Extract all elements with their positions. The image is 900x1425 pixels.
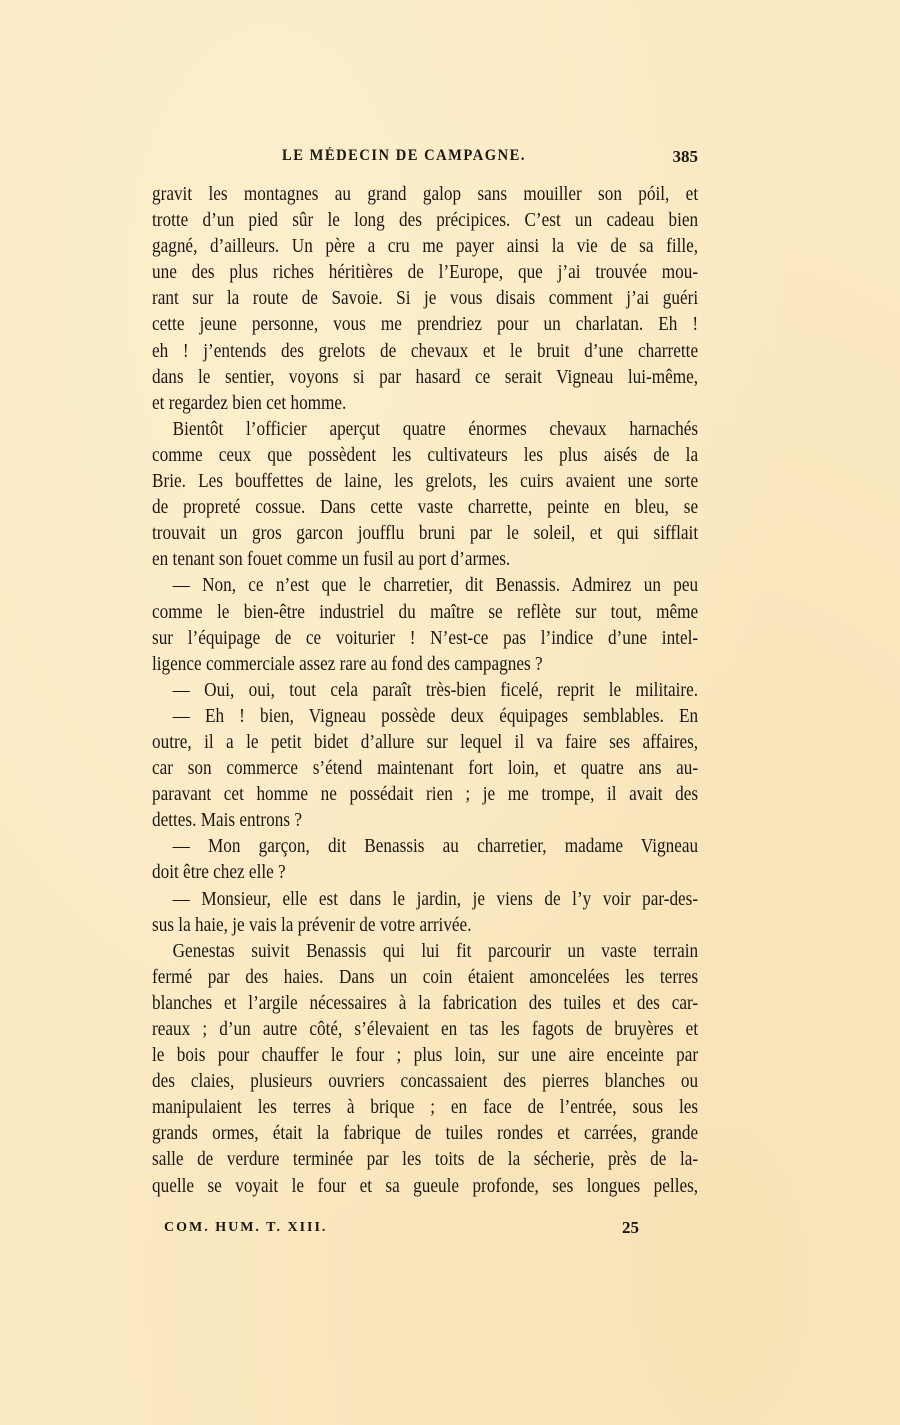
text-line: — Oui, oui, tout cela paraît très-bien f… bbox=[152, 677, 698, 703]
text-line: gagné, d’ailleurs. Un père a cru me paye… bbox=[152, 233, 698, 259]
text-line: — Non, ce n’est que le charretier, dit B… bbox=[152, 572, 698, 598]
text-line: et regardez bien cet homme. bbox=[152, 390, 698, 416]
text-line: eh ! j’entends des grelots de chevaux et… bbox=[152, 338, 698, 364]
page-number: 385 bbox=[673, 147, 699, 167]
text-line: trotte d’un pied sûr le long des précipi… bbox=[152, 207, 698, 233]
text-line: sus la haie, je vais la prévenir de votr… bbox=[152, 912, 698, 938]
text-line: paravant cet homme ne possédait rien ; j… bbox=[152, 781, 698, 807]
text-line: outre, il a le petit bidet d’allure sur … bbox=[152, 729, 698, 755]
text-line: Genestas suivit Benassis qui lui fit par… bbox=[152, 938, 698, 964]
sheet-number: 25 bbox=[622, 1218, 639, 1238]
text-line: en tenant son fouet comme un fusil au po… bbox=[152, 546, 698, 572]
text-line: — Monsieur, elle est dans le jardin, je … bbox=[152, 886, 698, 912]
text-line: gravit les montagnes au grand galop sans… bbox=[152, 181, 698, 207]
text-line: trouvait un gros garcon joufflu bruni pa… bbox=[152, 520, 698, 546]
text-line: cette jeune personne, vous me prendriez … bbox=[152, 311, 698, 337]
text-line: le bois pour chauffer le four ; plus loi… bbox=[152, 1042, 698, 1068]
text-line: doit être chez elle ? bbox=[152, 859, 698, 885]
running-head: Le Médecin de campagne. 385 bbox=[152, 147, 698, 171]
running-title: Le Médecin de campagne. bbox=[282, 147, 526, 165]
text-line: comme ceux que possèdent les cultivateur… bbox=[152, 442, 698, 468]
text-line: — Mon garçon, dit Benassis au charretier… bbox=[152, 833, 698, 859]
printer-signature: COM. HUM. T. XIII. bbox=[164, 1220, 327, 1236]
text-line: rant sur la route de Savoie. Si je vous … bbox=[152, 285, 698, 311]
page-footer: COM. HUM. T. XIII. 25 bbox=[152, 1220, 698, 1244]
text-line: ligence commerciale assez rare au fond d… bbox=[152, 651, 698, 677]
text-line: sur l’équipage de ce voiturier ! N’est-c… bbox=[152, 625, 698, 651]
text-line: grands ormes, était la fabrique de tuile… bbox=[152, 1120, 698, 1146]
text-line: salle de verdure terminée par les toits … bbox=[152, 1146, 698, 1172]
text-line: fermé par des haies. Dans un coin étaien… bbox=[152, 964, 698, 990]
text-line: comme le bien-être industriel du maître … bbox=[152, 599, 698, 625]
text-line: des claies, plusieurs ouvriers concassai… bbox=[152, 1068, 698, 1094]
text-line: dans le sentier, voyons si par hasard ce… bbox=[152, 364, 698, 390]
text-line: manipulaient les terres à brique ; en fa… bbox=[152, 1094, 698, 1120]
text-line: Bientôt l’officier aperçut quatre énorme… bbox=[152, 416, 698, 442]
text-line: Brie. Les bouffettes de laine, les grelo… bbox=[152, 468, 698, 494]
text-line: car son commerce s’étend maintenant fort… bbox=[152, 755, 698, 781]
text-line: blanches et l’argile nécessaires à la fa… bbox=[152, 990, 698, 1016]
body-text: gravit les montagnes au grand galop sans… bbox=[152, 181, 698, 1199]
text-line: une des plus riches héritières de l’Euro… bbox=[152, 259, 698, 285]
text-line: — Eh ! bien, Vigneau possède deux équipa… bbox=[152, 703, 698, 729]
text-line: dettes. Mais entrons ? bbox=[152, 807, 698, 833]
text-line: reaux ; d’un autre côté, s’élevaient en … bbox=[152, 1016, 698, 1042]
text-line: de propreté cossue. Dans cette vaste cha… bbox=[152, 494, 698, 520]
text-line: quelle se voyait le four et sa gueule pr… bbox=[152, 1173, 698, 1199]
book-page: Le Médecin de campagne. 385 gravit les m… bbox=[0, 0, 900, 1425]
